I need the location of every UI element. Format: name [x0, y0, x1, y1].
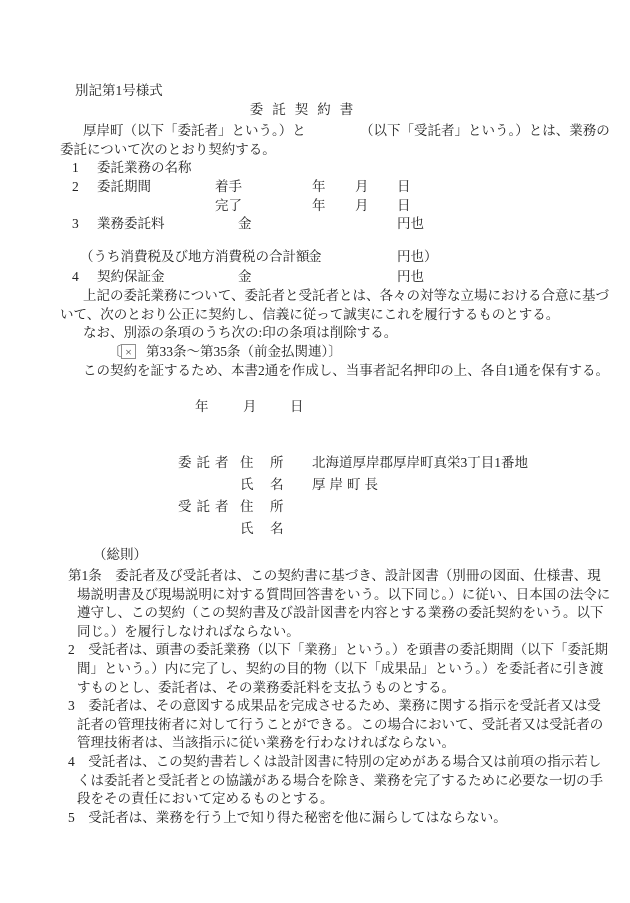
clause3-line-1: 3 委託者は、その意図する成果品を完成させるため、業務に関する指示を受託者又は受: [68, 697, 630, 716]
clause4-line-1: 4 受託者は、この契約書若しくは設計図書に特別の定めがある場合又は前項の指示若し: [68, 753, 630, 772]
clause4-line-3: 段をその責任において定めるものとする。: [77, 790, 630, 809]
checkbox-checked-icon: ×: [121, 344, 136, 359]
article1-line-2: 場説明書及び現場説明に対する質問回答書をいう。以下同じ。）に従い、日本国の法令に: [77, 586, 630, 605]
end-day-label: 日: [397, 197, 411, 214]
tax-note-line: （うち消費税及び地方消費税の合計額 金 円也）: [0, 248, 630, 267]
x-mark-icon: ×: [125, 346, 132, 358]
name-field-char-2: 名: [270, 520, 284, 537]
name-field-char-1: 氏: [240, 476, 254, 493]
intro-line-2: 委託について次のとおり契約する。: [60, 141, 630, 160]
address-field-char-1: 住: [240, 454, 254, 471]
item-commission-fee: 3 業務委託料 金 円也: [0, 215, 630, 234]
clause5-line-1: 5 受託者は、業務を行う上で知り得た秘密を他に漏らしてはならない。: [68, 809, 630, 828]
document-title: 委託契約書: [0, 101, 612, 120]
clause4-line-2: くは委託者と受託者との協議がある場合を除き、業務を完了するために必要な一切の手: [77, 772, 630, 791]
start-label: 着手: [215, 178, 242, 195]
item3-label: 業務委託料: [97, 215, 165, 232]
clause3-line-2: 託者の管理技術者に対して行うことができる。この場合において、受託者又は受託者の: [77, 716, 630, 735]
date-month-label: 月: [243, 398, 257, 415]
address-field-char-1: 住: [240, 498, 254, 515]
signature-row-consignee-address: 受託者 住 所: [0, 498, 630, 517]
address-field-char-2: 所: [270, 454, 284, 471]
start-month-label: 月: [355, 178, 369, 195]
name-field-char-2: 名: [270, 476, 284, 493]
item1-number: 1: [72, 159, 79, 176]
start-year-label: 年: [312, 178, 326, 195]
signature-row-consignee-name: 氏 名: [0, 520, 630, 539]
date-day-label: 日: [290, 398, 304, 415]
item-period-start: 2 委託期間 着手 年 月 日: [0, 178, 630, 197]
intro-line-1: 厚岸町（以下「委託者」という。）と （以下「受託者」という。）とは、業務の: [0, 122, 630, 141]
fee-yen-label: 円也: [397, 215, 424, 232]
intro-consignor-text: 厚岸町（以下「委託者」という。）と: [83, 122, 306, 139]
agreement-para-line-1: 上記の委託業務について、委託者と受託者とは、各々の対等な立場における合意に基づ: [83, 287, 630, 306]
end-label: 完了: [215, 197, 242, 214]
item3-number: 3: [72, 215, 79, 232]
item4-number: 4: [72, 268, 79, 285]
open-bracket: 〔: [108, 343, 122, 360]
item-business-name: 1 委託業務の名称: [0, 159, 630, 178]
item2-number: 2: [72, 178, 79, 195]
clause2-line-1: 2 受託者は、頭書の委託業務（以下「業務」という。）を頭書の委託期間（以下「委託…: [68, 641, 630, 660]
deleted-clauses-text: 第33条～第35条（前金払関連）〕: [146, 343, 342, 360]
deposit-kin-label: 金: [238, 268, 252, 285]
article1-line-3: 遵守し、この契約（この契約書及び設計図書を内容とする業務の委託契約をいう。以下: [77, 604, 630, 623]
deposit-yen-label: 円也: [397, 268, 424, 285]
date-year-label: 年: [195, 398, 209, 415]
end-year-label: 年: [312, 197, 326, 214]
deleted-clauses-line: 〔 × 第33条～第35条（前金払関連）〕: [0, 343, 630, 362]
tax-note-text: （うち消費税及び地方消費税の合計額: [80, 248, 310, 265]
item1-label: 委託業務の名称: [97, 159, 192, 176]
consignor-label: 委託者: [178, 454, 234, 471]
signature-row-consignor-address: 委託者 住 所 北海道厚岸郡厚岸町真栄3丁目1番地: [0, 454, 630, 473]
clause2-line-3: すものとし、委託者は、その業務委託料を支払うものとする。: [77, 679, 630, 698]
counterparts-line: この契約を証するため、本書2通を作成し、当事者記名押印の上、各自1通を保有する。: [83, 362, 630, 381]
consignee-label: 受託者: [178, 498, 234, 515]
item4-label: 契約保証金: [97, 268, 165, 285]
deletion-note-line: なお、別添の条項のうち次の:印の条項は削除する。: [83, 324, 630, 343]
end-month-label: 月: [355, 197, 369, 214]
start-day-label: 日: [397, 178, 411, 195]
tax-kin-label: 金: [308, 248, 322, 265]
form-number-label: 別記第1号様式: [75, 82, 630, 101]
consignor-address-value: 北海道厚岸郡厚岸町真栄3丁目1番地: [312, 454, 528, 471]
clause3-line-3: 管理技術者は、当該指示に従い業務を行わなければならない。: [77, 734, 630, 753]
contract-document-page: 別記第1号様式 委託契約書 厚岸町（以下「委託者」という。）と （以下「受託者」…: [0, 0, 630, 903]
clause2-line-2: 間」という。）内に完了し、契約の目的物（以下「成果品」という。）を委託者に引き渡: [77, 660, 630, 679]
article1-line-1: 第1条 委託者及び受託者は、この契約書に基づき、設計図書（別冊の図面、仕様書、現: [68, 567, 630, 586]
agreement-para-line-2: いて、次のとおり公正に契約し、信義に従って誠実にこれを履行するものとする。: [60, 306, 630, 325]
general-provisions-heading: （総則）: [93, 546, 630, 565]
tax-yen-label: 円也）: [397, 248, 438, 265]
signature-row-consignor-name: 氏 名 厚岸町長: [0, 476, 630, 495]
item2-label: 委託期間: [97, 178, 151, 195]
consignor-name-value: 厚岸町長: [312, 476, 382, 493]
contract-date-line: 年 月 日: [0, 398, 630, 417]
item-period-end: 完了 年 月 日: [0, 197, 630, 216]
item-contract-deposit: 4 契約保証金 金 円也: [0, 268, 630, 287]
intro-consignee-text: （以下「受託者」という。）とは、業務の: [360, 122, 610, 139]
address-field-char-2: 所: [270, 498, 284, 515]
fee-kin-label: 金: [238, 215, 252, 232]
article1-line-4: 同じ。）を履行しなければならない。: [77, 623, 630, 642]
name-field-char-1: 氏: [240, 520, 254, 537]
